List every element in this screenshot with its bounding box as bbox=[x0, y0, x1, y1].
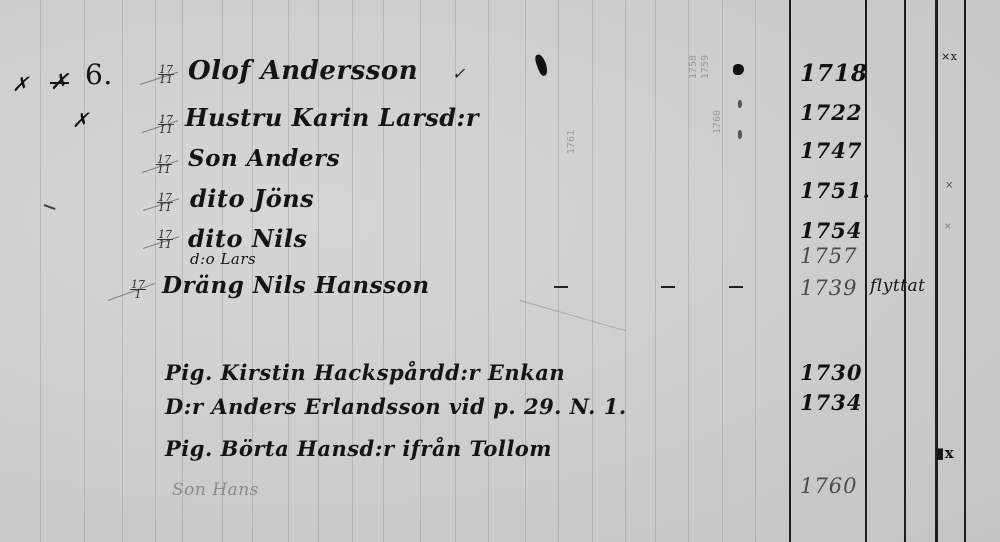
right-mark: ▮x bbox=[936, 444, 954, 462]
entry-name: dito Jöns bbox=[190, 184, 314, 213]
birth-year: 1751. bbox=[800, 178, 871, 203]
entry-name: Hustru Karin Larsd:r bbox=[185, 103, 479, 132]
ruling-line bbox=[558, 0, 559, 542]
margin-mark: ✗ bbox=[12, 72, 29, 96]
entry-name: Son Anders bbox=[188, 145, 340, 172]
margin-mark: ✓ bbox=[452, 64, 466, 83]
entry-name: Pig. Kirstin Hackspårdd:r Enkan bbox=[165, 360, 565, 385]
birth-year: 1747 bbox=[800, 138, 862, 163]
ink-blot bbox=[534, 53, 550, 77]
right-note: flyttat bbox=[870, 276, 925, 296]
ditto-dash bbox=[661, 286, 675, 288]
entry-name: Dräng Nils Hansson bbox=[162, 272, 430, 299]
ruling-line bbox=[688, 0, 689, 542]
right-mark: × bbox=[944, 222, 952, 232]
right-mark: ×x bbox=[941, 50, 957, 63]
ditto-dash bbox=[729, 286, 743, 288]
right-mark: × bbox=[945, 180, 954, 191]
ruling-line bbox=[122, 0, 123, 542]
entry-name: Olof Andersson bbox=[188, 56, 418, 86]
ruling-line bbox=[592, 0, 593, 542]
column-rule bbox=[904, 0, 906, 542]
margin-mark: ✗ bbox=[50, 70, 69, 95]
ruling-line bbox=[722, 0, 723, 542]
household-number: 6. bbox=[85, 58, 113, 91]
birth-year: 1722 bbox=[800, 100, 862, 125]
birth-year: 1730 bbox=[800, 360, 862, 385]
entry-name: Son Hans bbox=[172, 480, 259, 500]
ruling-line bbox=[155, 0, 156, 542]
birth-year: 1718 bbox=[800, 60, 868, 87]
entry-name: D:r Anders Erlandsson vid p. 29. N. 1. bbox=[165, 394, 627, 419]
faded-stamp: 1761 bbox=[566, 130, 577, 154]
faded-stamp: 1758 bbox=[688, 55, 699, 79]
ink-stroke bbox=[520, 300, 626, 331]
ink-blot bbox=[738, 100, 742, 108]
ink-blot bbox=[738, 130, 742, 139]
ditto-dash bbox=[554, 286, 568, 288]
ruling-line bbox=[755, 0, 756, 542]
birth-year: 1734 bbox=[800, 390, 862, 415]
faded-stamp: 1760 bbox=[712, 110, 723, 134]
entry-name: Pig. Börta Hansd:r ifrån Tollom bbox=[165, 436, 552, 461]
entry-name: d:o Lars bbox=[190, 250, 256, 268]
entry-name: dito Nils bbox=[188, 224, 308, 253]
birth-year: 1754 bbox=[800, 218, 862, 243]
margin-mark: ✗ bbox=[72, 108, 89, 132]
birth-year: 1739 bbox=[800, 276, 857, 300]
birth-year: 1757 bbox=[800, 244, 857, 268]
column-rule bbox=[964, 0, 966, 542]
ruling-line bbox=[625, 0, 626, 542]
column-rule bbox=[789, 0, 791, 542]
ink-blot bbox=[733, 64, 744, 75]
ruling-line bbox=[40, 0, 41, 542]
register-page: ✗ ✗ 6. ✗ 1711 1711 1711 1711 1711 171 Ol… bbox=[0, 0, 1000, 542]
ink-stroke bbox=[44, 204, 56, 210]
birth-year: 1760 bbox=[800, 474, 857, 498]
faded-stamp: 1759 bbox=[700, 55, 711, 79]
ruling-line bbox=[655, 0, 656, 542]
